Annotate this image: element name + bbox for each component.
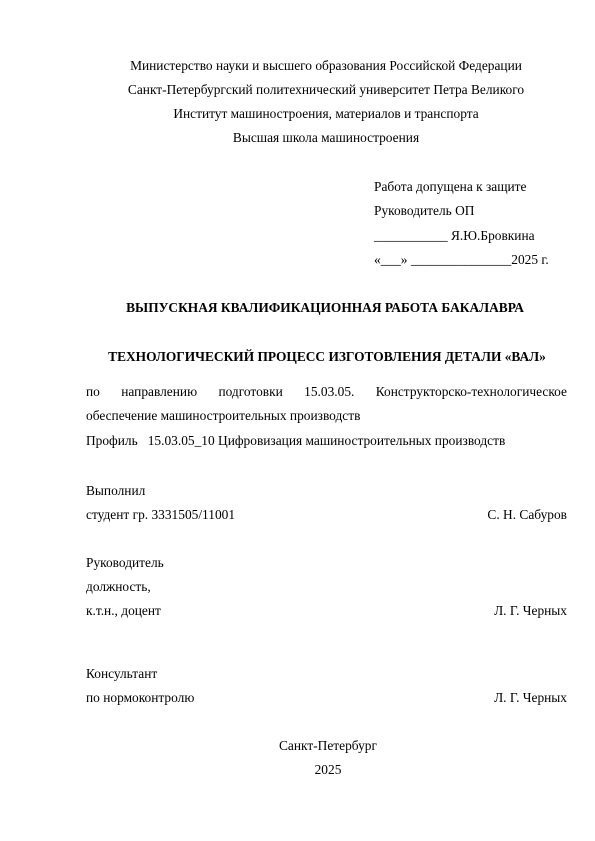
profile-line: Профиль 15.03.05_10 Цифровизация машинос… [86, 433, 505, 449]
performer-label: Выполнил [86, 483, 145, 499]
direction-code: 15.03.05. [304, 384, 354, 400]
university-line: Санкт-Петербургский политехнический унив… [0, 82, 595, 98]
signature-line: ___________ Я.Ю.Бровкина [374, 228, 535, 244]
head-title: Руководитель ОП [374, 203, 474, 219]
ministry-line: Министерство науки и высшего образования… [0, 58, 595, 74]
consultant-label: Консультант [86, 666, 157, 682]
performer-group: студент гр. 3331505/11001 [86, 507, 235, 523]
year-line: 2025 [0, 762, 595, 778]
institute-line: Институт машиностроения, материалов и тр… [0, 106, 595, 122]
performer-name: С. Н. Сабуров [487, 507, 567, 523]
topic-title: ТЕХНОЛОГИЧЕСКИЙ ПРОЦЕСС ИЗГОТОВЛЕНИЯ ДЕТ… [0, 349, 595, 365]
supervisor-degree: к.т.н., доцент [86, 603, 161, 619]
supervisor-position: должность, [86, 579, 151, 595]
supervisor-label: Руководитель [86, 555, 164, 571]
date-line: «___» _______________2025 г. [374, 252, 549, 268]
city-line: Санкт-Петербург [0, 738, 595, 754]
direction-word: направлению [121, 384, 197, 400]
direction-word: подготовки [218, 384, 282, 400]
work-type-title: ВЫПУСКНАЯ КВАЛИФИКАЦИОННАЯ РАБОТА БАКАЛА… [0, 300, 595, 316]
direction-word: Конструкторско-технологическое [376, 384, 567, 400]
direction-line-1: по направлению подготовки 15.03.05. Конс… [86, 384, 567, 400]
direction-line-2: обеспечение машиностроительных производс… [86, 408, 360, 424]
school-line: Высшая школа машиностроения [0, 130, 595, 146]
direction-word: по [86, 384, 100, 400]
consultant-area: по нормоконтролю [86, 690, 194, 706]
supervisor-name: Л. Г. Черных [494, 603, 567, 619]
admitted-text: Работа допущена к защите [374, 179, 526, 195]
consultant-name: Л. Г. Черных [494, 690, 567, 706]
